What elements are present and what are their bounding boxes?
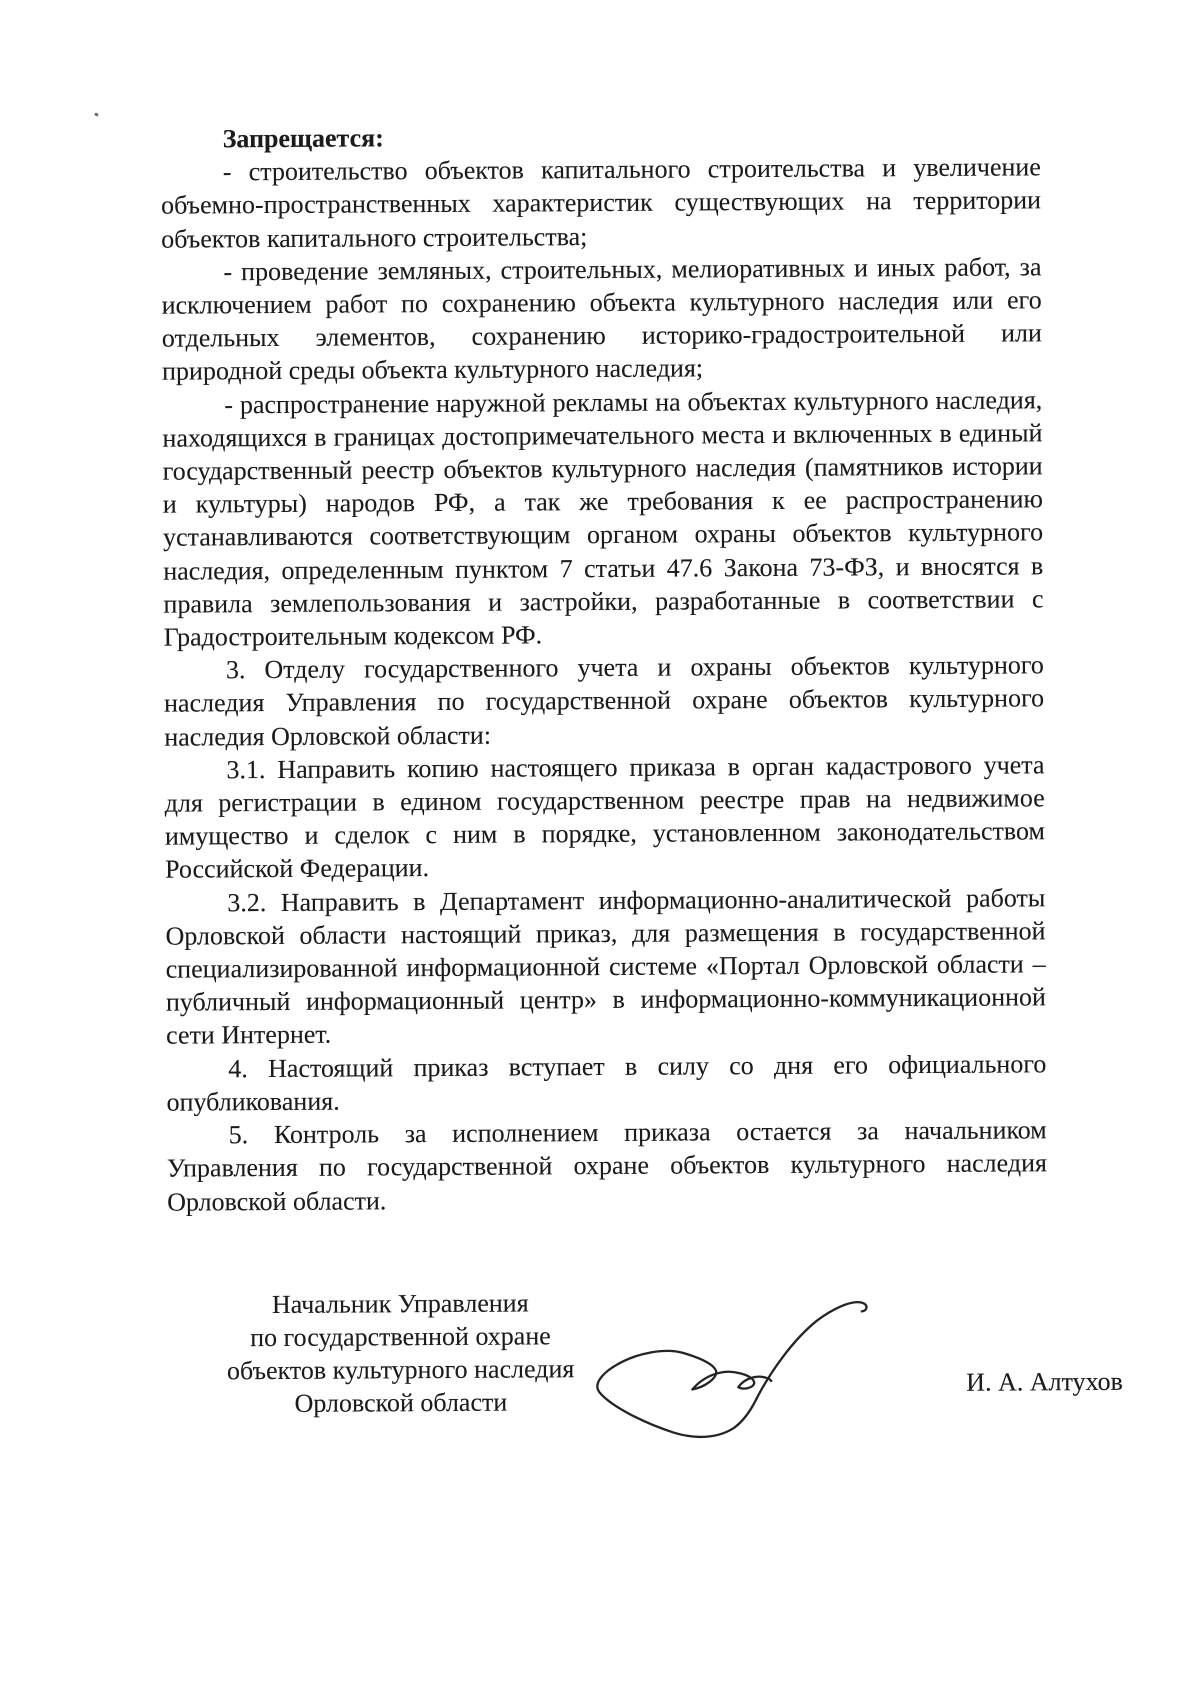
paragraph-item-5: 5. Контроль за исполнением приказа остае…	[167, 1113, 1048, 1218]
prohibitions-heading: Запрещается:	[161, 117, 1041, 156]
scanned-document-page: Запрещается: - строительство объектов ка…	[0, 0, 1200, 1697]
scan-speck	[94, 112, 99, 116]
paragraph-prohibition-earthworks: - проведение земляных, строительных, мел…	[161, 250, 1042, 388]
signatory-position-block: Начальник Управления по государственной …	[213, 1286, 589, 1420]
paragraph-item-3-2: 3.2. Направить в Департамент информацион…	[165, 881, 1046, 1052]
signatory-position-line: Орловской области	[213, 1385, 588, 1420]
paragraph-item-3-1: 3.1. Направить копию настоящего приказа …	[164, 748, 1045, 886]
paragraph-prohibition-construction: - строительство объектов капитального ст…	[161, 150, 1042, 255]
signatory-position-line: Начальник Управления	[213, 1286, 588, 1321]
paragraph-prohibition-advertising: - распространение наружной рекламы на об…	[162, 383, 1044, 654]
document-body: Запрещается: - строительство объектов ка…	[161, 117, 1048, 1218]
signatory-position-line: объектов культурного наследия	[213, 1352, 588, 1387]
handwritten-signature	[585, 1294, 878, 1446]
scan-skew-wrapper: Запрещается: - строительство объектов ка…	[0, 0, 1200, 1697]
signatory-position-line: по государственной охране	[213, 1319, 588, 1354]
paragraph-item-4: 4. Настоящий приказ вступает в силу со д…	[166, 1047, 1046, 1119]
paragraph-item-3: 3. Отделу государственного учета и охран…	[164, 649, 1045, 754]
signatory-name: И. А. Алтухов	[966, 1367, 1123, 1398]
